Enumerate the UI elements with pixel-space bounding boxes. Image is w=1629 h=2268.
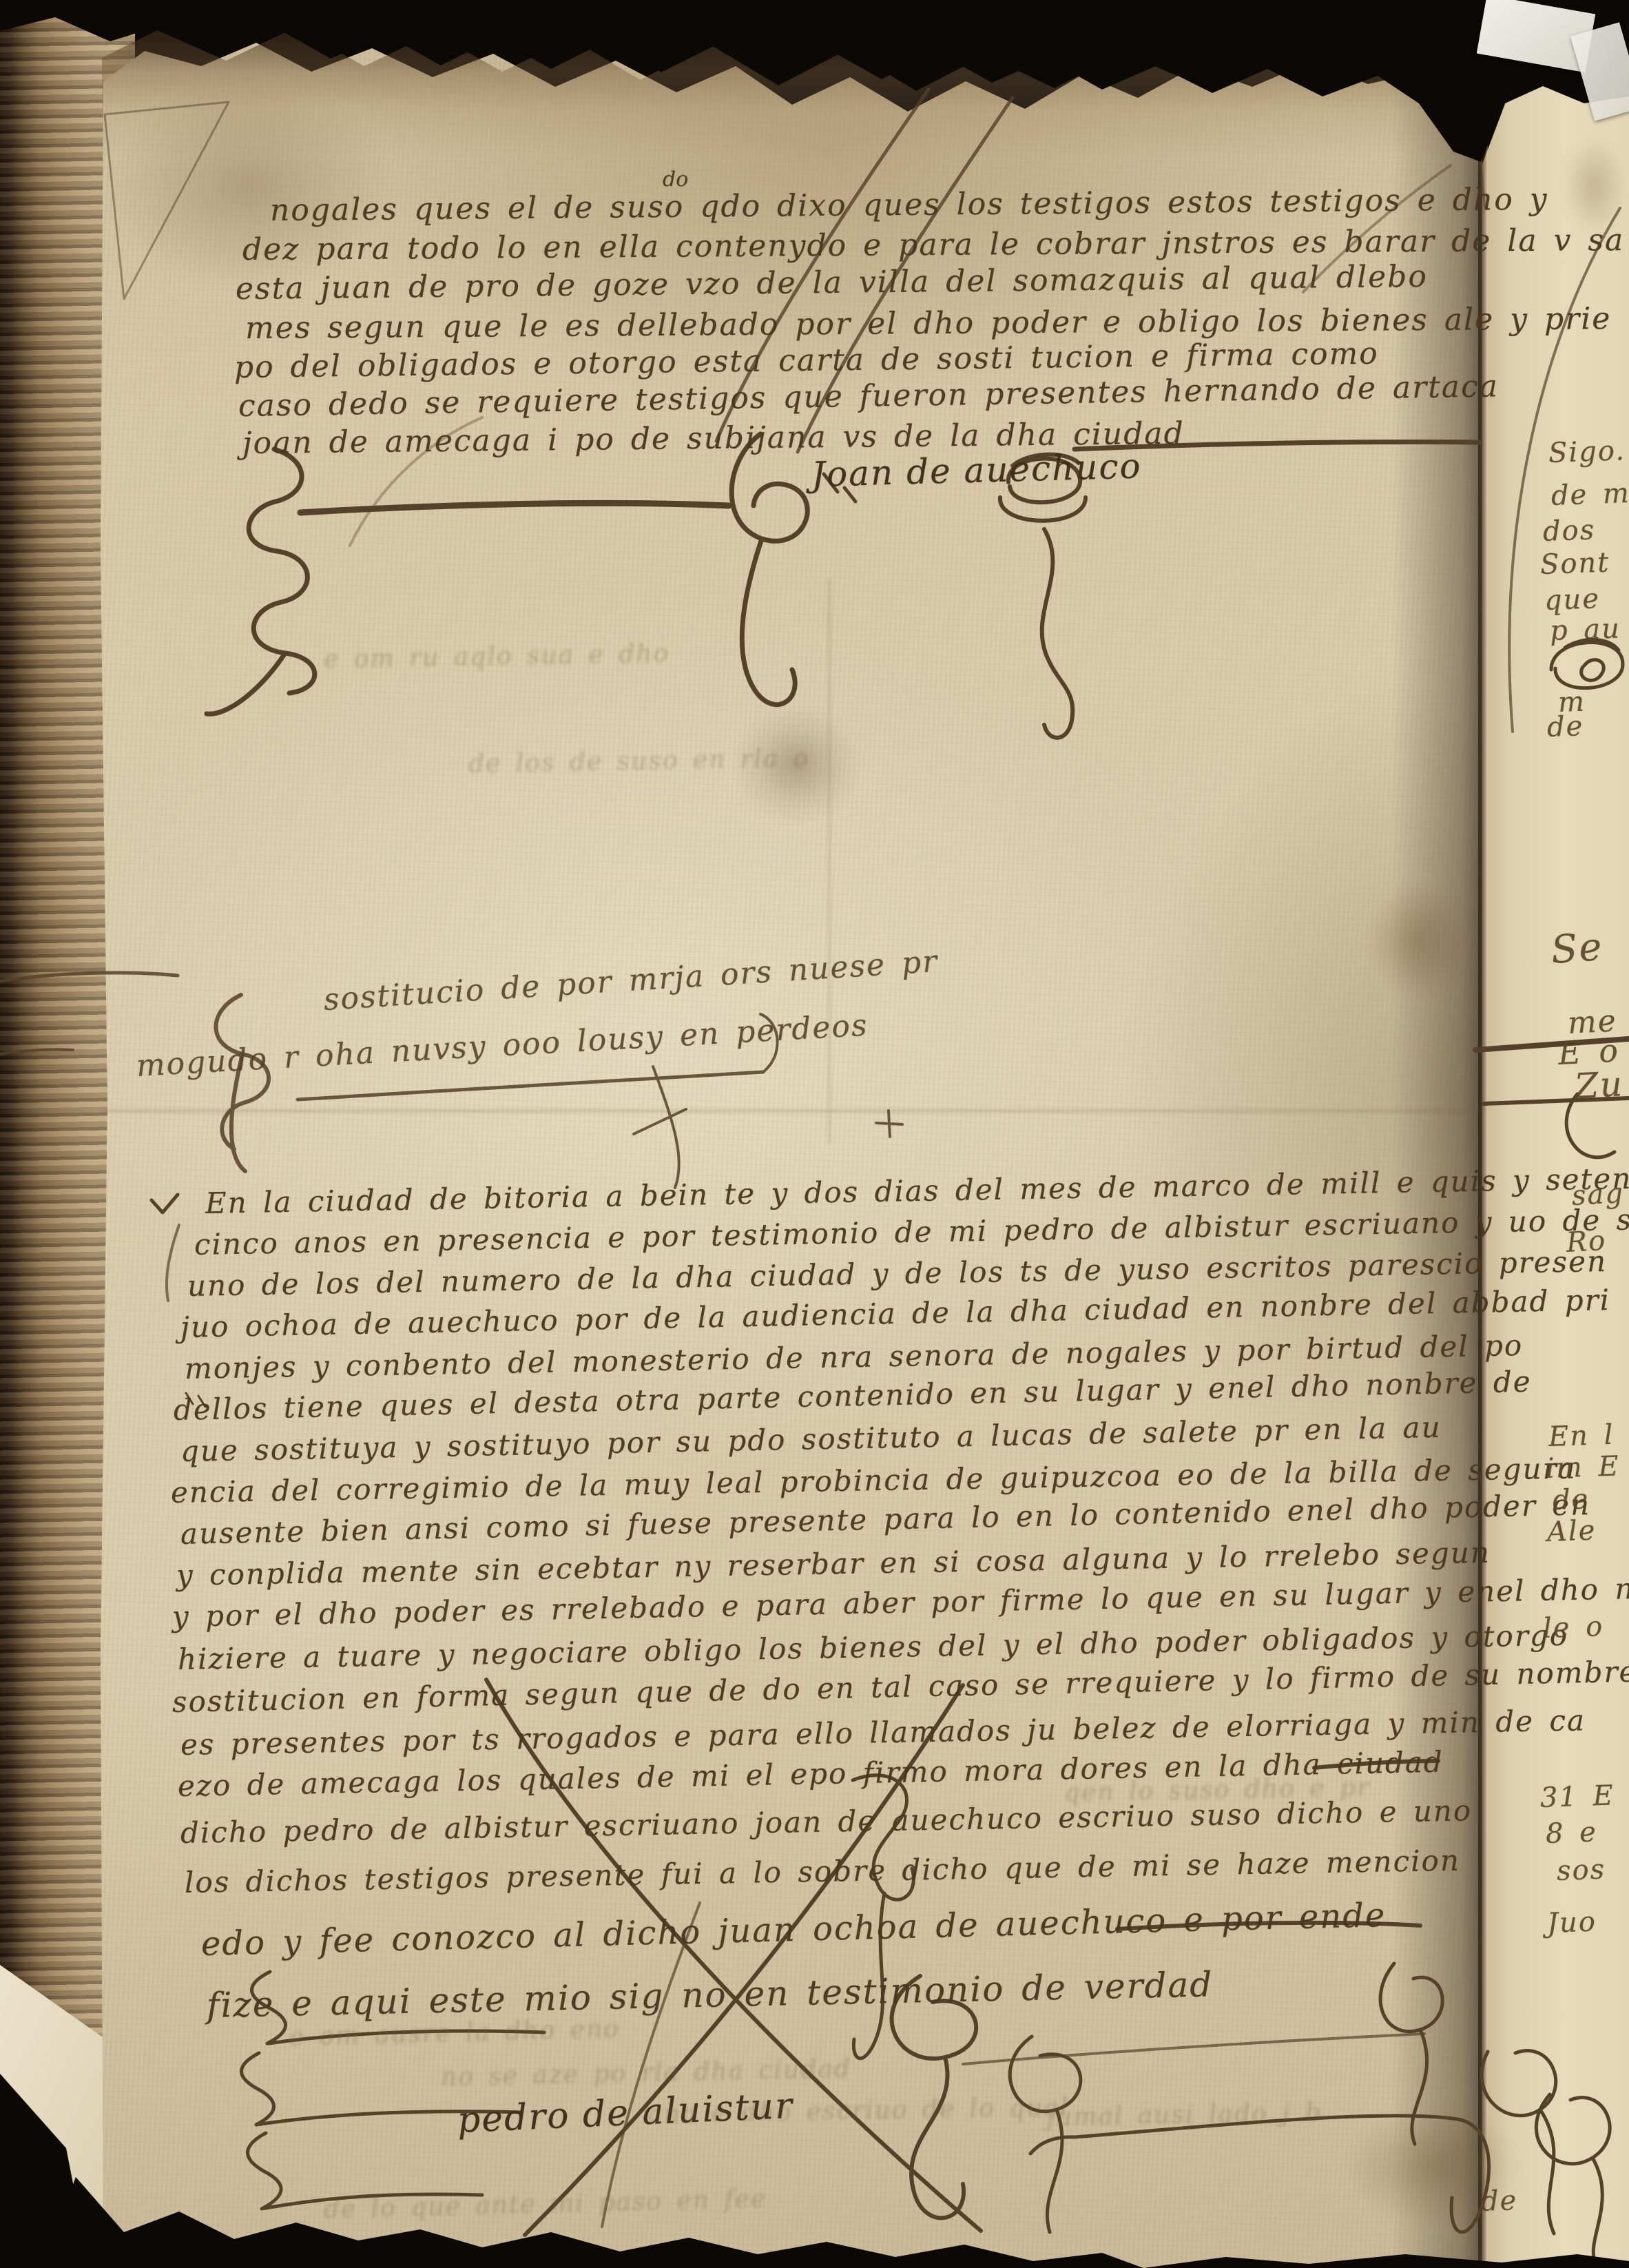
facing-page-fragment: dos [1542, 516, 1596, 546]
facing-page-fragment: de m [1550, 480, 1629, 510]
facing-page-fragment: que [1544, 585, 1600, 615]
facing-page-fragment: Juo [1546, 1908, 1597, 1937]
facing-page-fragment: Se [1550, 928, 1604, 970]
facing-page-fragment: Ale [1546, 1517, 1597, 1546]
bleedthrough-line: jumal ausi lado j b [1047, 2101, 1322, 2130]
facing-page-fragment: de [1552, 1485, 1590, 1514]
facing-page-fragment: 31 E [1539, 1782, 1615, 1812]
fold-triangle-outline [105, 102, 229, 299]
top-paragraph-superscript: do [663, 169, 688, 190]
facing-page-fragment: 8 e [1545, 1818, 1597, 1848]
facing-page-fragment: sos [1556, 1856, 1606, 1885]
manuscript-scan: do Joan de auechuco pedro de aluistur no… [0, 0, 1629, 2268]
facing-page-fragment: sag [1571, 1179, 1625, 1210]
bleedthrough-line: e om ru aqlo sua e dho [324, 641, 670, 672]
facing-page-fragment: En l [1548, 1421, 1615, 1451]
bleedthrough-line: qen lo suso dho e pr [1064, 1775, 1371, 1806]
facing-page-fragment: Ro [1566, 1227, 1607, 1257]
facing-page-fragment: de [1480, 2187, 1518, 2216]
witness-signature: Joan de auechuco [811, 449, 1142, 492]
facing-page-fragment: p au [1549, 615, 1621, 645]
facing-page-fragment: im E [1545, 1452, 1620, 1483]
facing-page-fragment: de [1546, 712, 1584, 741]
facing-page-fragment: Zu [1574, 1066, 1624, 1104]
bleedthrough-line: de los de suso en rla o [468, 746, 810, 777]
facing-page-fragment: Sont [1539, 548, 1610, 579]
facing-page-fragment: Sigo. [1548, 437, 1626, 467]
facing-page-fragment: le o [1542, 1613, 1604, 1642]
